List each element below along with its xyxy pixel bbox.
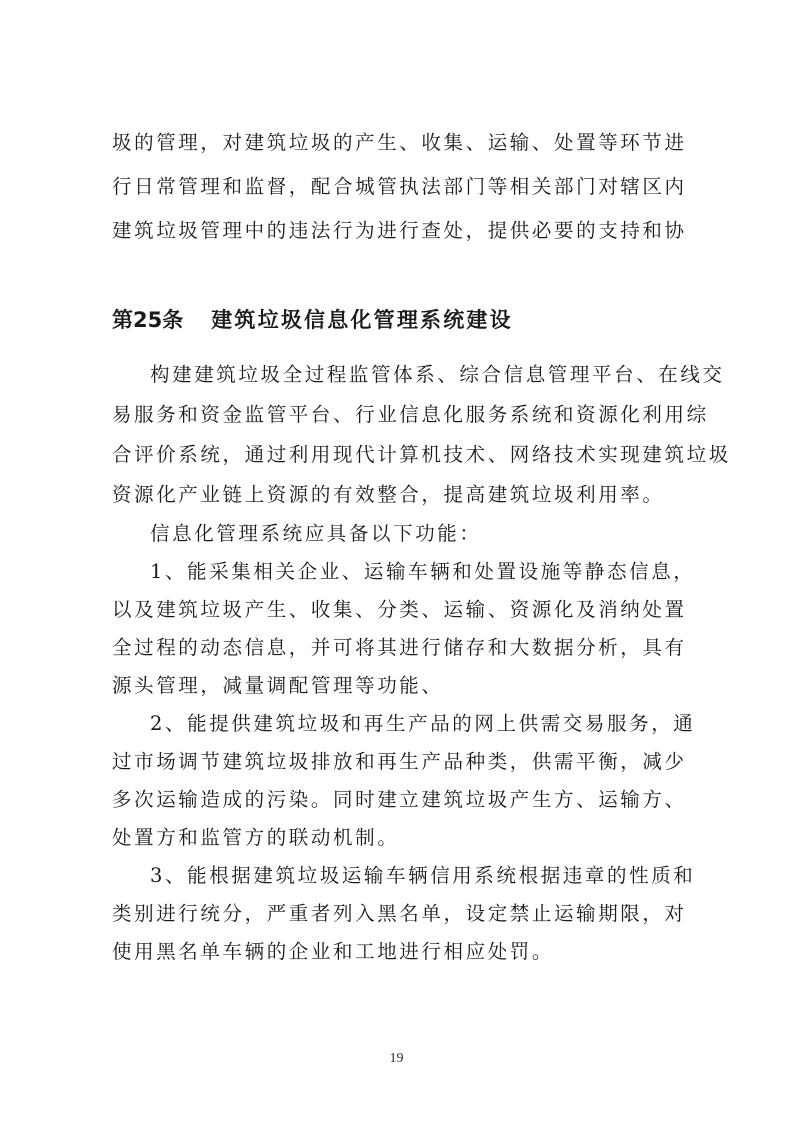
text-line: 信息化管理系统应具备以下功能： xyxy=(150,521,482,547)
text-line: 3、能根据建筑垃圾运输车辆信用系统根据违章的性质和 xyxy=(150,863,695,889)
text-line: 多次运输造成的污染。同时建立建筑垃圾产生方、运输方、 xyxy=(112,787,687,813)
text-line: 处置方和监管方的联动机制。 xyxy=(112,825,399,851)
text-line: 合评价系统，通过利用现代计算机技术、网络技术实现建筑垃圾 xyxy=(112,442,731,468)
document-page: 圾的管理，对建筑垃圾的产生、收集、运输、处置等环节进 行日常管理和监督，配合城管… xyxy=(0,0,793,1122)
text-line: 建筑垃圾管理中的违法行为进行查处，提供必要的支持和协 xyxy=(112,218,687,244)
text-line: 圾的管理，对建筑垃圾的产生、收集、运输、处置等环节进 xyxy=(112,130,687,156)
text-line: 构建建筑垃圾全过程监管体系、综合信息管理平台、在线交 xyxy=(150,362,725,388)
text-line: 2、能提供建筑垃圾和再生产品的网上供需交易服务，通 xyxy=(150,711,695,737)
text-line: 类别进行统分，严重者列入黑名单，设定禁止运输期限，对 xyxy=(112,901,687,927)
text-line: 1、能采集相关企业、运输车辆和处置设施等静态信息， xyxy=(150,559,695,585)
text-line: 易服务和资金监管平台、行业信息化服务系统和资源化利用综 xyxy=(112,402,709,428)
text-line: 过市场调节建筑垃圾排放和再生产品种类，供需平衡，减少 xyxy=(112,749,687,775)
article-title: 建筑垃圾信息化管理系统建设 xyxy=(211,308,513,332)
text-line: 源头管理，减量调配管理等功能、 xyxy=(112,673,444,699)
text-line: 全过程的动态信息，并可将其进行储存和大数据分析，具有 xyxy=(112,635,687,661)
text-line: 以及建筑垃圾产生、收集、分类、运输、资源化及消纳处置 xyxy=(112,597,687,623)
article-number: 第25条 xyxy=(112,308,183,332)
text-line: 资源化产业链上资源的有效整合，提高建筑垃圾利用率。 xyxy=(112,482,665,508)
article-heading: 第25条建筑垃圾信息化管理系统建设 xyxy=(112,306,513,334)
text-line: 行日常管理和监督，配合城管执法部门等相关部门对辖区内 xyxy=(112,174,687,200)
page-number: 19 xyxy=(0,1051,793,1067)
text-line: 使用黑名单车辆的企业和工地进行相应处罚。 xyxy=(112,939,554,965)
